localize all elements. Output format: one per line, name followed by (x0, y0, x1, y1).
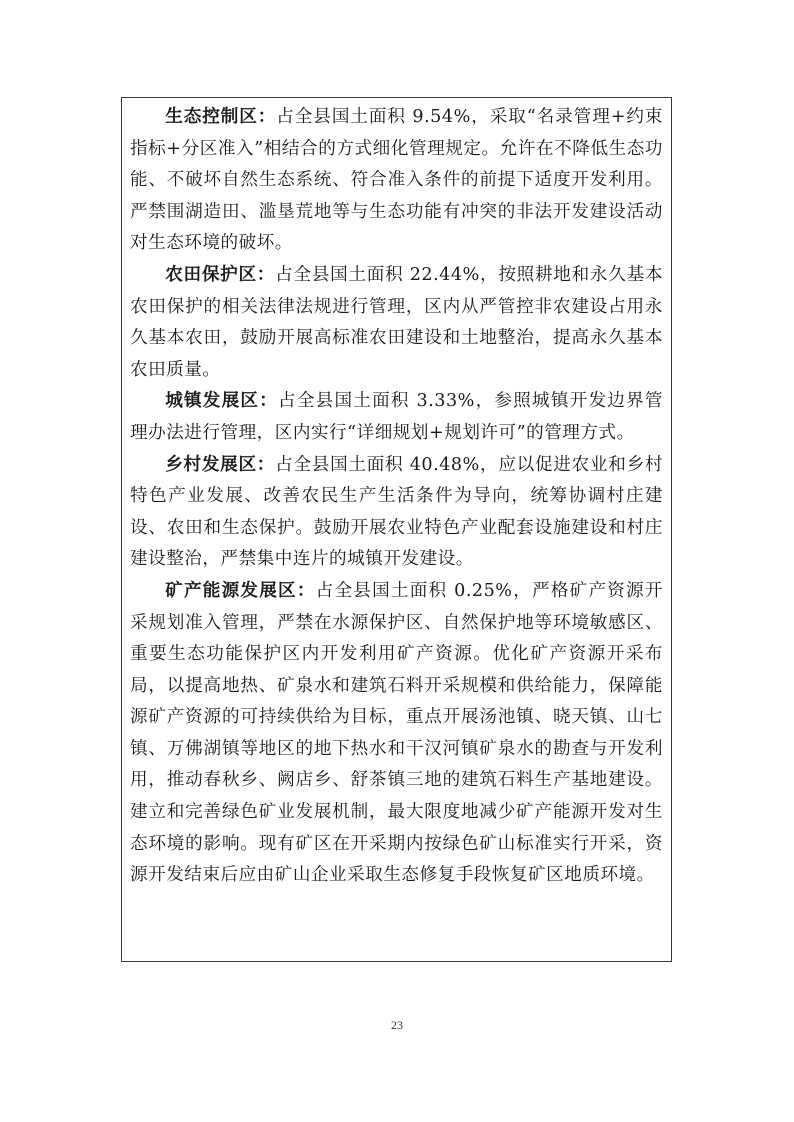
section-text: 占全县国土面积 0.25%，严格矿产资源开采规划准入管理，严禁在水源保护区、自然… (130, 581, 663, 885)
section-term: 乡村发展区： (165, 455, 275, 475)
section-farmland-protection: 农田保护区：占全县国土面积 22.44%，按照耕地和永久基本农田保护的相关法律法… (130, 260, 663, 386)
content-frame: 生态控制区：占全县国土面积 9.54%，采取“名录管理+约束指标+分区准入”相结… (121, 97, 672, 962)
section-text: 占全县国土面积 9.54%，采取“名录管理+约束指标+分区准入”相结合的方式细化… (130, 107, 663, 253)
section-term: 农田保护区： (165, 265, 275, 285)
page-number: 23 (0, 1018, 794, 1033)
section-ecological-control: 生态控制区：占全县国土面积 9.54%，采取“名录管理+约束指标+分区准入”相结… (130, 102, 663, 260)
section-urban-development: 城镇发展区：占全县国土面积 3.33%，参照城镇开发边界管理办法进行管理，区内实… (130, 386, 663, 449)
section-term: 城镇发展区： (165, 391, 278, 411)
section-rural-development: 乡村发展区：占全县国土面积 40.48%，应以促进农业和乡村特色产业发展、改善农… (130, 450, 663, 576)
section-term: 生态控制区： (165, 107, 276, 127)
section-term: 矿产能源发展区： (165, 581, 315, 601)
section-mineral-energy: 矿产能源发展区：占全县国土面积 0.25%，严格矿产资源开采规划准入管理，严禁在… (130, 576, 663, 892)
